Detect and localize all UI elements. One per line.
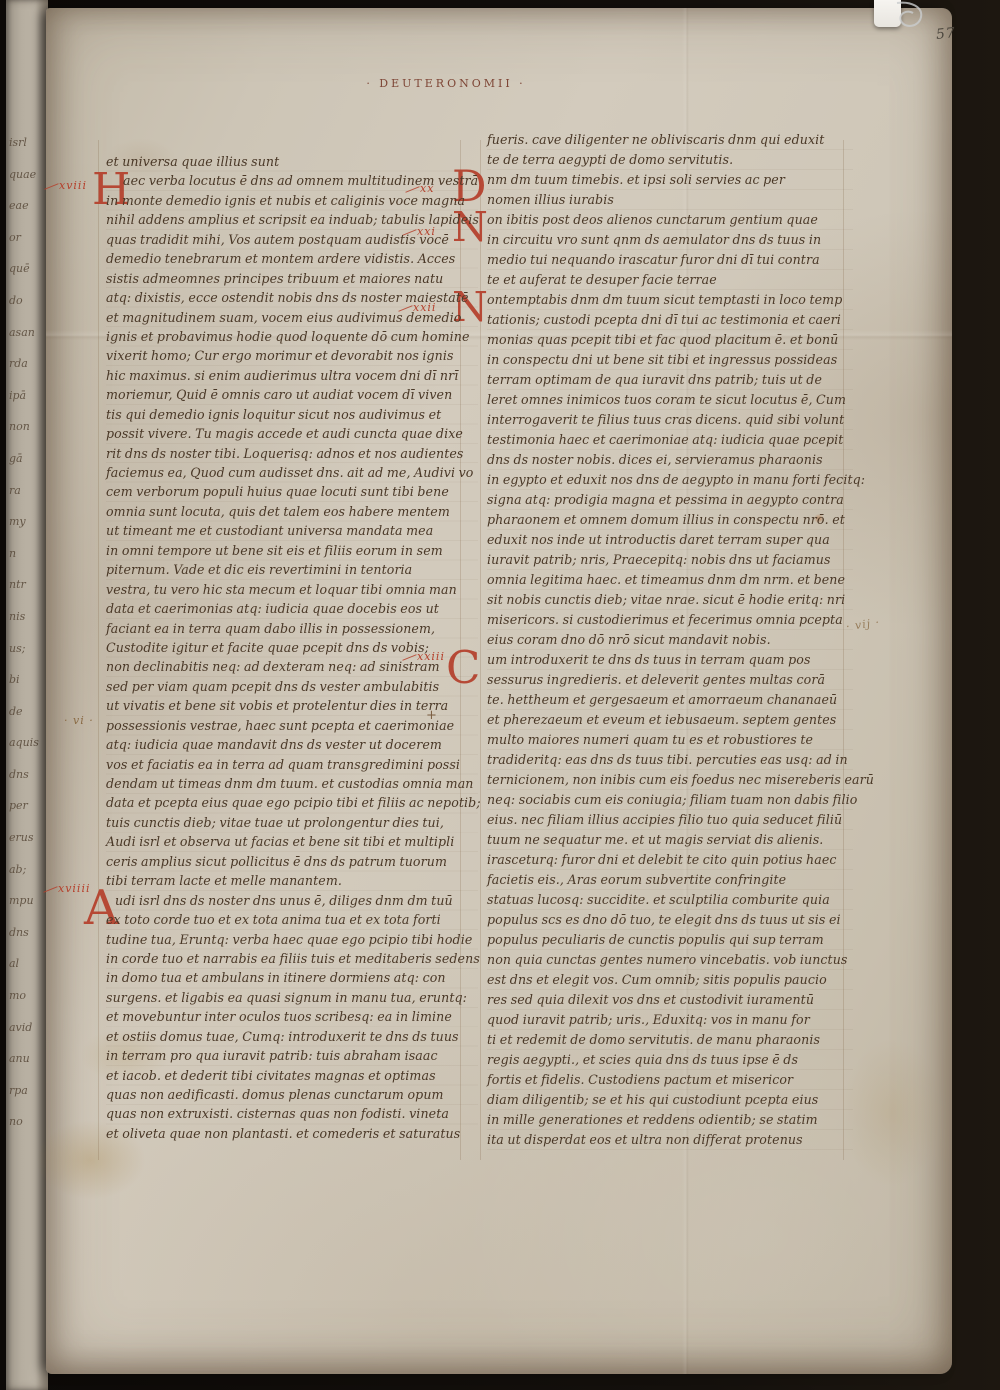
bleed-text-fragment: mo xyxy=(9,989,47,1021)
text-line: surgens. et ligabis ea quasi signum in m… xyxy=(106,988,478,1007)
text-line: misericors. si custodierimus et fecerimu… xyxy=(487,610,853,630)
text-line: in omni tempore ut bene sit eis et filii… xyxy=(106,541,478,560)
bleed-text-fragment: us; xyxy=(9,642,47,674)
text-line: in circuitu vro sunt qnm ds aemulator dn… xyxy=(487,230,853,250)
text-line: regis aegypti., et scies quia dns ds tuu… xyxy=(487,1050,853,1070)
text-line: et magnitudinem suam, vocem eius audivim… xyxy=(106,308,478,327)
text-line: eduxit nos inde ut introductis daret ter… xyxy=(487,530,853,550)
text-line: on ibitis post deos alienos cunctarum ge… xyxy=(487,210,853,230)
parchment-stain xyxy=(842,1038,942,1188)
previous-folio-edge: isrlquaeeaeorquēdoasanrdaipānongāramynnt… xyxy=(6,0,48,1390)
text-line: eius. nec filiam illius accipies filio t… xyxy=(487,810,853,830)
bleed-text-fragment: aquis xyxy=(9,736,47,768)
text-line: rit dns ds noster tibi. Loquerisq: adnos… xyxy=(106,444,478,463)
bleed-text-fragment: dns xyxy=(9,926,47,958)
text-line: te de terra aegypti de domo servitutis. xyxy=(487,150,853,170)
text-line: in monte demedio ignis et nubis et calig… xyxy=(106,191,478,210)
text-line: neq: sociabis cum eis coniugia; filiam t… xyxy=(487,790,853,810)
text-line: vestra, tu vero hic sta mecum et loquar … xyxy=(106,580,478,599)
bleed-text-fragment: isrl xyxy=(9,136,47,168)
bleed-text-fragment: per xyxy=(9,799,47,831)
text-line: Audi isrl et observa ut facias et bene s… xyxy=(106,832,478,851)
text-line: vos et faciatis ea in terra ad quam tran… xyxy=(106,755,478,774)
text-line: et oliveta quae non plantasti. et comede… xyxy=(106,1124,478,1143)
text-line: et universa quae illius sunt xyxy=(106,152,478,171)
text-line: testimonia haec et caerimoniae atq: iudi… xyxy=(487,430,853,450)
text-line: hic maximus. si enim audierimus ultra vo… xyxy=(106,366,478,385)
bleed-text-fragment: quē xyxy=(9,262,47,294)
text-line: tibi terram lacte et melle manantem. xyxy=(106,871,478,890)
text-line: in mille generationes et reddens odienti… xyxy=(487,1110,853,1130)
clip-wire-icon xyxy=(893,1,927,49)
text-line: um introduxerit te dns ds tuus in terram… xyxy=(487,650,853,670)
bleed-text-fragment: erus xyxy=(9,831,47,863)
text-line: ternicionem, non inibis cum eis foedus n… xyxy=(487,770,853,790)
text-line: quas non aedificasti. domus plenas cunct… xyxy=(106,1085,478,1104)
text-line: data et caerimonias atq: iudicia quae do… xyxy=(106,599,478,618)
text-line: et pherezaeum et eveum et iebusaeum. sep… xyxy=(487,710,853,730)
text-line: interrogaverit te filius tuus cras dicen… xyxy=(487,410,853,430)
text-line: vixerit homo; Cur ergo morimur et devora… xyxy=(106,346,478,365)
text-line: leret omnes inimicos tuos coram te sicut… xyxy=(487,390,853,410)
text-column-left: et universa quae illius suntaec verba lo… xyxy=(106,152,478,1143)
text-line: sessurus ingredieris. et deleverit gente… xyxy=(487,670,853,690)
bleed-text-fragment: avid xyxy=(9,1021,47,1053)
text-line: faciant ea in terra quam dabo illis in p… xyxy=(106,619,478,638)
text-line: monias quas pcepit tibi et fac quod plac… xyxy=(487,330,853,350)
text-line: facietis eis., Aras eorum subvertite con… xyxy=(487,870,853,890)
bleed-text-fragment: ra xyxy=(9,484,47,516)
text-line: quod iuravit patrib; uris., Eduxitq: vos… xyxy=(487,1010,853,1030)
text-line: nihil addens amplius et scripsit ea indu… xyxy=(106,210,478,229)
text-line: fueris. cave diligenter ne obliviscaris … xyxy=(487,130,853,150)
text-line: sed per viam quam pcepit dns ds vester a… xyxy=(106,677,478,696)
text-line: te. hettheum et gergesaeum et amorraeum … xyxy=(487,690,853,710)
text-line: in corde tuo et narrabis ea filiis tuis … xyxy=(106,949,478,968)
text-line: tudine tua, Eruntq: verba haec quae ego … xyxy=(106,930,478,949)
text-line: omnia sunt locuta, quis det talem eos ha… xyxy=(106,502,478,521)
text-line: udi isrl dns ds noster dns unus ē, dilig… xyxy=(106,891,478,910)
chapter-numeral-xviii: xviii xyxy=(59,179,87,192)
text-line: demedio tenebrarum et montem ardere vidi… xyxy=(106,249,478,268)
bleed-text-fragment: mpu xyxy=(9,894,47,926)
text-line: ontemptabis dnm dm tuum sicut temptasti … xyxy=(487,290,853,310)
text-line: ti et redemit de domo servitutis. de man… xyxy=(487,1030,853,1050)
marginal-note-vi: · vi · xyxy=(64,714,94,727)
photograph-background: isrlquaeeaeorquēdoasanrdaipānongāramynnt… xyxy=(0,0,1000,1390)
bleed-text-fragment: n xyxy=(9,547,47,579)
text-column-right: fueris. cave diligenter ne obliviscaris … xyxy=(487,130,853,1150)
text-line: atq: dixistis, ecce ostendit nobis dns d… xyxy=(106,288,478,307)
text-line: ut timeant me et custodiant universa man… xyxy=(106,521,478,540)
text-line: sit nobis cunctis dieb; vitae nrae. sicu… xyxy=(487,590,853,610)
text-line: ita ut disperdat eos et ultra non differ… xyxy=(487,1130,853,1150)
text-line: non quia cunctas gentes numero vincebati… xyxy=(487,950,853,970)
text-line: pharaonem et omnem domum illius in consp… xyxy=(487,510,853,530)
text-line: possessionis vestrae, haec sunt pcepta e… xyxy=(106,716,478,735)
text-line: non declinabitis neq: ad dexteram neq: a… xyxy=(106,657,478,676)
text-line: tationis; custodi pcepta dni dī tui ac t… xyxy=(487,310,853,330)
text-line: eius coram dno dō nrō sicut mandavit nob… xyxy=(487,630,853,650)
bleed-text-fragment: anu xyxy=(9,1052,47,1084)
text-line: data et pcepta eius quae ego pcipio tibi… xyxy=(106,793,478,812)
text-line: sistis admeomnes principes tribuum et ma… xyxy=(106,269,478,288)
text-line: faciemus ea, Quod cum audisset dns. ait … xyxy=(106,463,478,482)
text-line: possit vivere. Tu magis accede et audi c… xyxy=(106,424,478,443)
bleed-text-fragment: ipā xyxy=(9,389,47,421)
text-line: atq: iudicia quae mandavit dns ds vester… xyxy=(106,735,478,754)
running-title: · DEUTERONOMII · xyxy=(346,77,546,90)
text-line: populus peculiaris de cunctis populis qu… xyxy=(487,930,853,950)
bleed-text-fragment: rpa xyxy=(9,1084,47,1116)
bleed-text-fragment: asan xyxy=(9,326,47,358)
text-line: ignis et probavimus hodie quod loquente … xyxy=(106,327,478,346)
text-line: Custodite igitur et facite quae pcepit d… xyxy=(106,638,478,657)
text-line: tuum ne sequatur me. et ut magis serviat… xyxy=(487,830,853,850)
text-line: nomen illius iurabis xyxy=(487,190,853,210)
bleed-text-fragment: quae xyxy=(9,168,47,200)
text-line: est dns et elegit vos. Cum omnib; sitis … xyxy=(487,970,853,990)
bleed-text-fragment: nis xyxy=(9,610,47,642)
text-line: in egypto et eduxit nos dns de aegypto i… xyxy=(487,470,853,490)
text-line: aec verba locutus ē dns ad omnem multitu… xyxy=(106,171,478,190)
text-line: diam diligentib; se et his qui custodiun… xyxy=(487,1090,853,1110)
text-line: medio tui nequando irascatur furor dni d… xyxy=(487,250,853,270)
ruling-line xyxy=(98,140,99,1160)
bleed-text-column: isrlquaeeaeorquēdoasanrdaipānongāramynnt… xyxy=(6,136,47,1147)
text-line: multo maiores numeri quam tu es et robus… xyxy=(487,730,853,750)
bleed-text-fragment: ab; xyxy=(9,863,47,895)
text-line: in domo tua et ambulans in itinere dormi… xyxy=(106,968,478,987)
text-line: nm dm tuum timebis. et ipsi soli servies… xyxy=(487,170,853,190)
text-line: in terram pro qua iuravit patrib: tuis a… xyxy=(106,1046,478,1065)
text-line: irasceturq: furor dni et delebit te cito… xyxy=(487,850,853,870)
text-line: dns ds noster nobis. dices ei, servieram… xyxy=(487,450,853,470)
bleed-text-fragment: gā xyxy=(9,452,47,484)
bleed-text-fragment: bi xyxy=(9,673,47,705)
text-line: quas non extruxisti. cisternas quas non … xyxy=(106,1104,478,1123)
text-line: populus scs es dno dō tuo, te elegit dns… xyxy=(487,910,853,930)
folio-number: 57 xyxy=(935,25,956,43)
bleed-text-fragment: ntr xyxy=(9,578,47,610)
text-line: omnia legitima haec. et timeamus dnm dm … xyxy=(487,570,853,590)
bleed-text-fragment: or xyxy=(9,231,47,263)
text-line: quas tradidit mihi, Vos autem postquam a… xyxy=(106,230,478,249)
text-line: et ostiis domus tuae, Cumq: introduxerit… xyxy=(106,1027,478,1046)
manuscript-page: · DEUTERONOMII · 57 xviii xviiii xx xxi … xyxy=(46,8,952,1374)
text-line: te et auferat te desuper facie terrae xyxy=(487,270,853,290)
text-line: cem verborum populi huius quae locuti su… xyxy=(106,482,478,501)
bleed-text-fragment: de xyxy=(9,705,47,737)
text-line: in conspectu dni ut bene sit tibi et ing… xyxy=(487,350,853,370)
bleed-text-fragment: my xyxy=(9,515,47,547)
text-line: moriemur, Quid ē omnis caro ut audiat vo… xyxy=(106,385,478,404)
bleed-text-fragment: non xyxy=(9,420,47,452)
bleed-text-fragment: al xyxy=(9,957,47,989)
text-line: iuravit patrib; nris, Praecepitq: nobis … xyxy=(487,550,853,570)
text-line: tradideritq: eas dns ds tuus tibi. percu… xyxy=(487,750,853,770)
text-line: piternum. Vade et dic eis revertimini in… xyxy=(106,560,478,579)
bleed-text-fragment: eae xyxy=(9,199,47,231)
text-line: statuas lucosq: succidite. et sculptilia… xyxy=(487,890,853,910)
text-line: terram optimam de qua iuravit dns patrib… xyxy=(487,370,853,390)
text-line: res sed quia dilexit vos dns et custodiv… xyxy=(487,990,853,1010)
text-line: fortis et fidelis. Custodiens pactum et … xyxy=(487,1070,853,1090)
text-line: signa atq: prodigia magna et pessima in … xyxy=(487,490,853,510)
bleed-text-fragment: rda xyxy=(9,357,47,389)
text-line: tuis cunctis dieb; vitae tuae ut prolong… xyxy=(106,813,478,832)
text-line: tis qui demedio ignis loquitur sicut nos… xyxy=(106,405,478,424)
bleed-text-fragment: dns xyxy=(9,768,47,800)
bleed-text-fragment: do xyxy=(9,294,47,326)
text-line: dendam ut timeas dnm dm tuum. et custodi… xyxy=(106,774,478,793)
text-line: ut vivatis et bene sit vobis et protelen… xyxy=(106,696,478,715)
text-line: et movebuntur inter oculos tuos scribesq… xyxy=(106,1007,478,1026)
text-line: ex toto corde tuo et ex tota anima tua e… xyxy=(106,910,478,929)
text-line: ceris amplius sicut pollicitus ē dns ds … xyxy=(106,852,478,871)
text-line: et iacob. et dederit tibi civitates magn… xyxy=(106,1066,478,1085)
